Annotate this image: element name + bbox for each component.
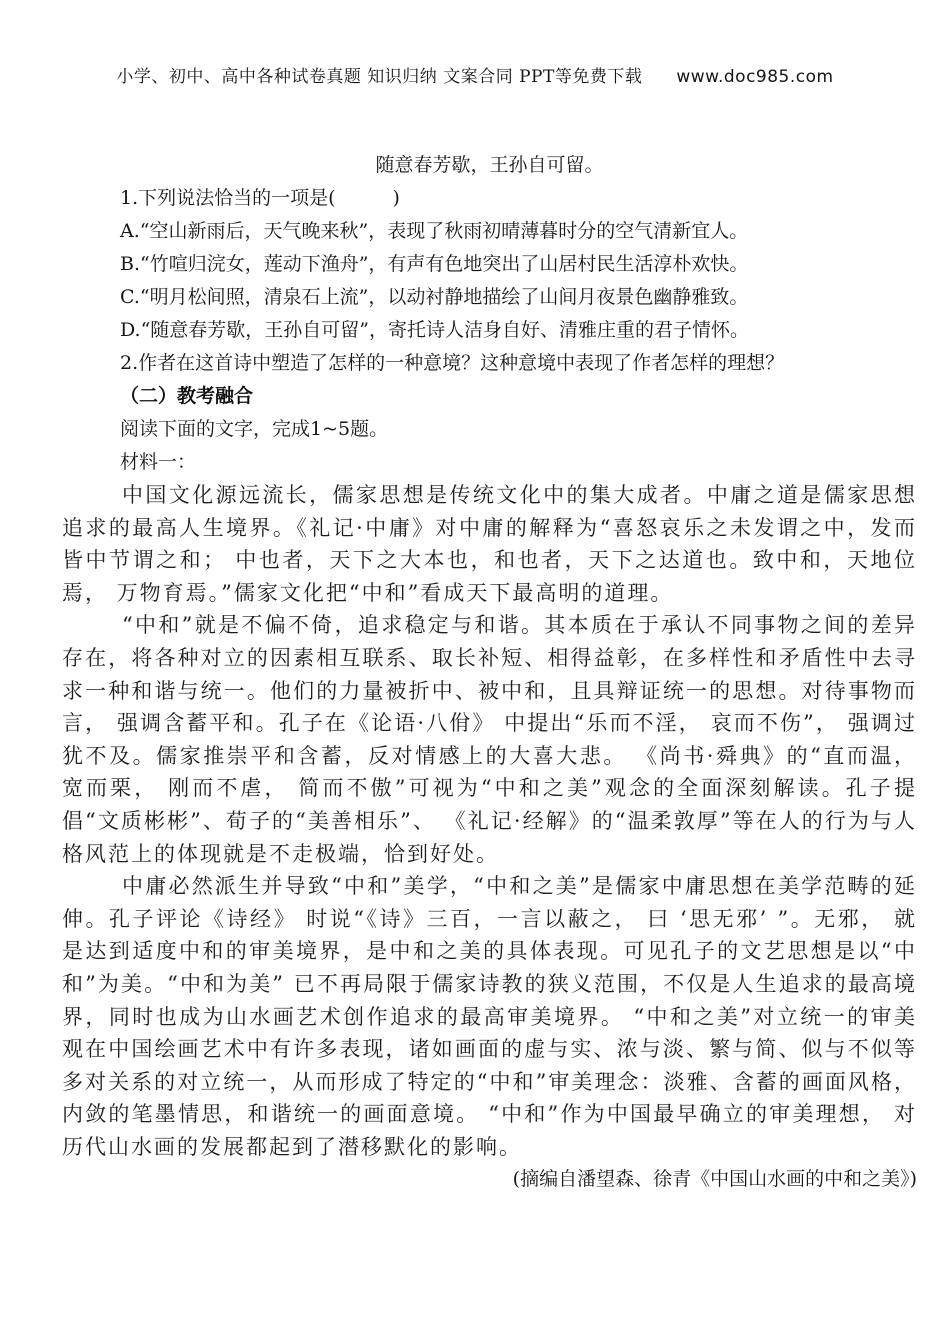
option-c: C.“明月松间照，清泉石上流”，以动衬静地描绘了山间月夜景色幽静雅致。	[62, 281, 917, 314]
header-promo-text: 小学、初中、高中各种试卷真题 知识归纳 文案合同 PPT等免费下载	[116, 67, 642, 87]
option-d: D.“随意春芳歇，王孙自可留”，寄托诗人洁身自好、清雅庄重的君子情怀。	[62, 314, 917, 347]
site-header: 小学、初中、高中各种试卷真题 知识归纳 文案合同 PPT等免费下载www.doc…	[0, 62, 950, 87]
question-2: 2.作者在这首诗中塑造了怎样的一种意境？这种意境中表现了作者怎样的理想？	[62, 347, 917, 380]
document-content: 随意春芳歇，王孙自可留。 1.下列说法恰当的一项是( ) A.“空山新雨后，天气…	[62, 149, 917, 1196]
question-1: 1.下列说法恰当的一项是( )	[62, 182, 917, 215]
option-b: B.“竹喧归浣女，莲动下渔舟”，有声有色地突出了山居村民生活淳朴欢快。	[62, 248, 917, 281]
poem-line: 随意春芳歇，王孙自可留。	[62, 149, 917, 182]
material-paragraph-2: “中和”就是不偏不倚，追求稳定与和谐。其本质在于承认不同事物之间的差异存在，将各…	[62, 609, 917, 870]
section-title: （二）教考融合	[62, 380, 917, 413]
attribution: (摘编自潘望森、徐青《中国山水画的中和之美》)	[62, 1163, 917, 1196]
header-site-url: www.doc985.com	[676, 67, 833, 87]
material-paragraph-1: 中国文化源远流长，儒家思想是传统文化中的集大成者。中庸之道是儒家思想追求的最高人…	[62, 479, 917, 609]
material-paragraph-3: 中庸必然派生并导致“中和”美学，“中和之美”是儒家中庸思想在美学范畴的延伸。孔子…	[62, 870, 917, 1163]
material-label: 材料一：	[62, 446, 917, 479]
option-a: A.“空山新雨后，天气晚来秋”，表现了秋雨初晴薄暮时分的空气清新宜人。	[62, 215, 917, 248]
reading-instruction: 阅读下面的文字，完成1~5题。	[62, 413, 917, 446]
document-page: 小学、初中、高中各种试卷真题 知识归纳 文案合同 PPT等免费下载www.doc…	[0, 0, 950, 1344]
